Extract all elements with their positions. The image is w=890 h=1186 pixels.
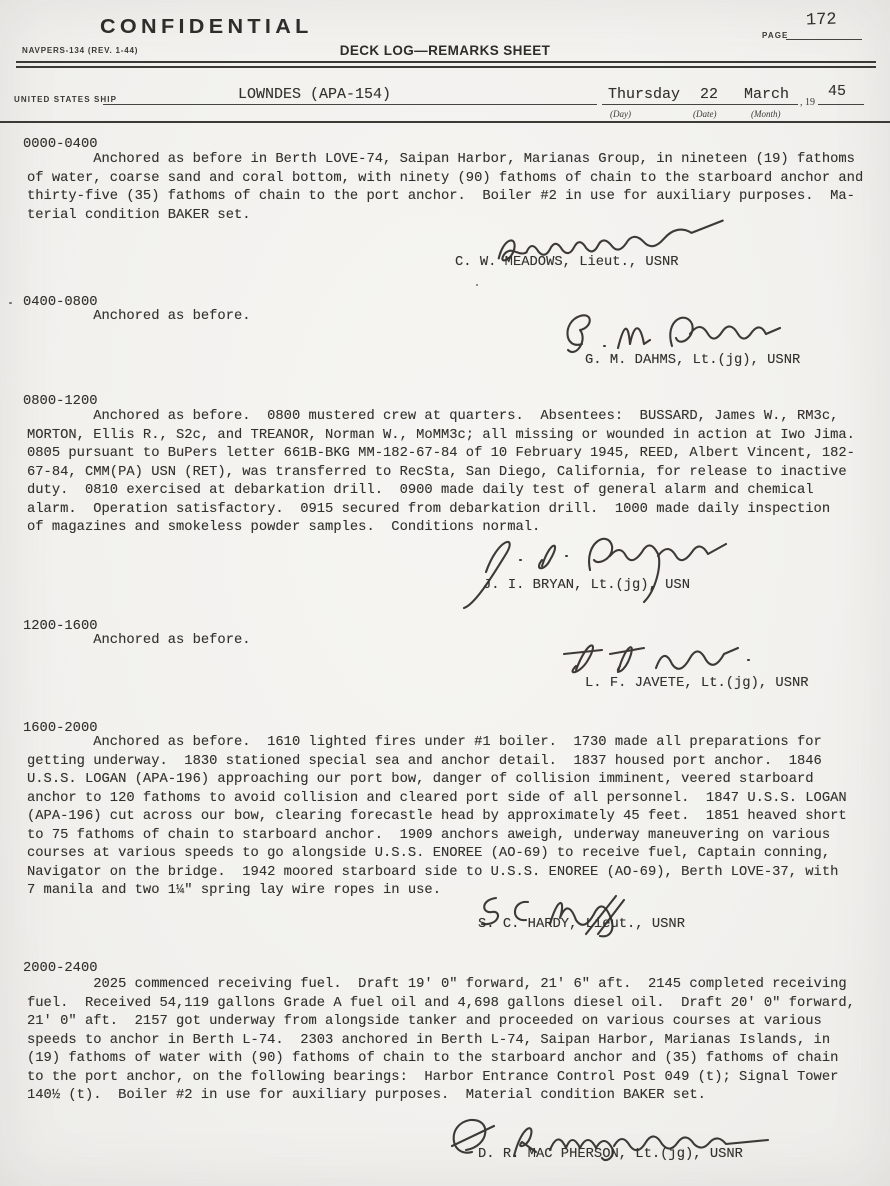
log-entry-text: Anchored as before in Berth LOVE-74, Sai… — [27, 151, 877, 225]
watch-period-2000-2400: 2000-2400 — [23, 961, 98, 976]
scan-speck — [476, 284, 478, 286]
signature-typed-dahms: G. M. DAHMS, Lt.(jg), USNR — [585, 352, 800, 371]
signature-script-bryan — [450, 532, 730, 612]
classification-stamp: CONFIDENTIAL — [100, 16, 313, 39]
page-title: DECK LOG—REMARKS SHEET — [0, 43, 890, 58]
date-line — [602, 104, 798, 105]
log-month: March — [744, 86, 789, 103]
log-day: Thursday — [608, 86, 680, 103]
signature-typed-macpherson: D. R. MAC PHERSON, Lt.(jg), USNR — [478, 1146, 743, 1165]
watch-period-0000-0400: 0000-0400 — [23, 137, 98, 152]
log-entry-text: Anchored as before. 1610 lighted fires u… — [27, 734, 877, 901]
date-label: (Date) — [693, 109, 717, 119]
page-label: PAGE — [762, 31, 788, 40]
body-top-rule — [0, 121, 890, 123]
log-entry-text: 2025 commenced receiving fuel. Draft 19'… — [27, 976, 877, 1106]
signature-typed-bryan: J. I. BRYAN, Lt.(jg), USN — [483, 577, 690, 596]
ship-name-line — [103, 104, 597, 105]
signature-typed-hardy: S. C. HARDY, Lieut., USNR — [478, 916, 685, 935]
deck-log-remarks-sheet: CONFIDENTIAL PAGE 172 NAVPERS-134 (REV. … — [0, 0, 890, 1186]
signature-typed-javete: L. F. JAVETE, Lt.(jg), USNR — [585, 675, 809, 694]
log-year: 45 — [828, 83, 846, 100]
month-label: (Month) — [751, 109, 781, 119]
log-entry-text: Anchored as before. 0800 mustered crew a… — [27, 408, 877, 538]
day-label: (Day) — [610, 109, 631, 119]
year-prefix: , 19 — [800, 97, 815, 108]
ship-name: LOWNDES (APA-154) — [238, 86, 391, 103]
scan-speck — [9, 302, 12, 304]
header-rule-bottom — [16, 66, 876, 68]
ship-label: UNITED STATES SHIP — [14, 95, 117, 104]
signature-typed-meadows: C. W. MEADOWS, Lieut., USNR — [455, 254, 679, 273]
watch-period-0800-1200: 0800-1200 — [23, 394, 98, 409]
log-date: 22 — [700, 86, 718, 103]
header-rule-top — [16, 61, 876, 63]
year-line — [818, 104, 864, 105]
page-number: 172 — [806, 10, 837, 30]
page-number-line — [786, 39, 862, 40]
